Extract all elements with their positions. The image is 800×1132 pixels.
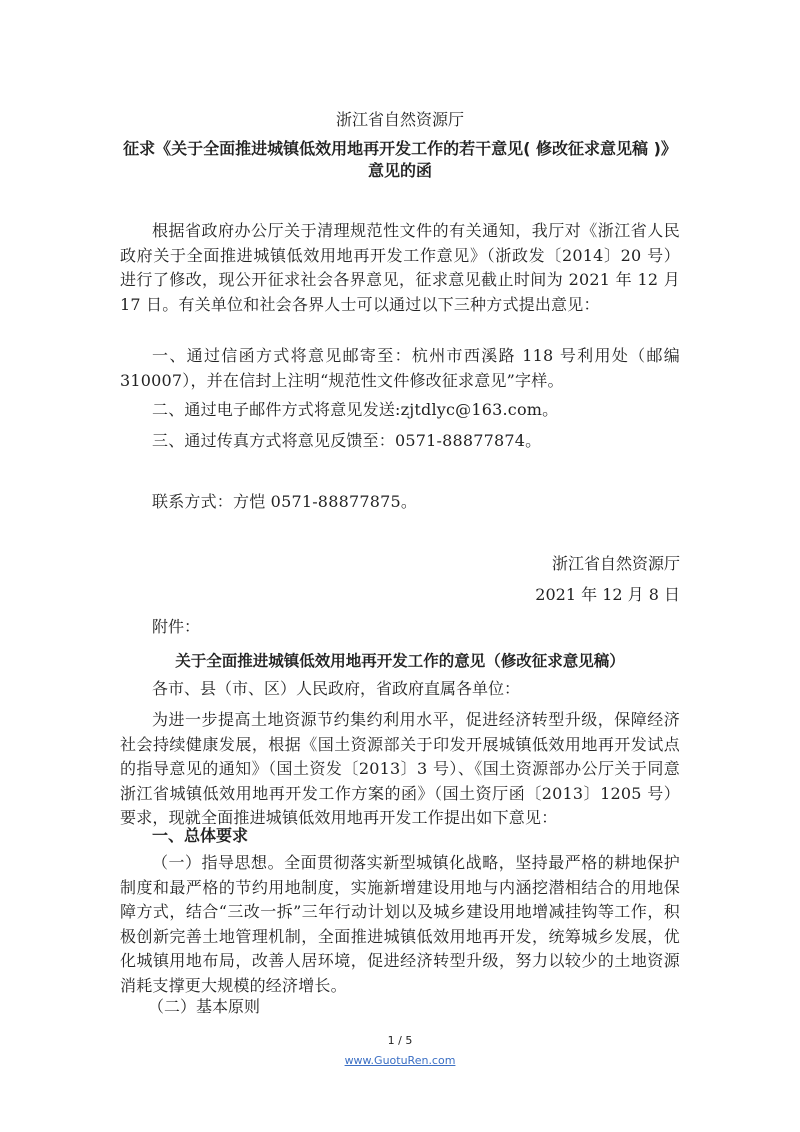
contact-info: 联系方式：方恺 0571-88877875。 (120, 490, 680, 515)
page-title-line1: 征求《关于全面推进城镇低效用地再开发工作的若干意见( 修改征求意见稿 )》 (0, 138, 800, 160)
method-fax: 三、通过传真方式将意见反馈至：0571-88877874。 (120, 429, 680, 454)
page-title-line2: 意见的函 (0, 160, 800, 182)
section1-item2: （二）基本原则 (148, 995, 260, 1019)
page-number: 1 / 5 (0, 1034, 800, 1047)
section1-heading: 一、总体要求 (152, 823, 248, 846)
intro-paragraph: 根据省政府办公厅关于清理规范性文件的有关通知，我厅对《浙江省人民政府关于全面推进… (120, 219, 680, 317)
attachment-preamble: 为进一步提高土地资源节约集约利用水平，促进经济转型升级，保障经济社会持续健康发展… (120, 708, 680, 831)
section1-item1: （一）指导思想。全面贯彻落实新型城镇化战略，坚持最严格的耕地保护制度和最严格的节… (120, 851, 680, 998)
method-email: 二、通过电子邮件方式将意见发送:zjtdlyc@163.com。 (120, 398, 680, 423)
attachment-salutation: 各市、县（市、区）人民政府，省政府直属各单位： (152, 677, 520, 701)
signature-date: 2021 年 12 月 8 日 (535, 583, 680, 607)
method-mail: 一、通过信函方式将意见邮寄至：杭州市西溪路 118 号利用处（邮编 310007… (120, 344, 680, 393)
footer-link[interactable]: www.GuotuRen.com (345, 1054, 456, 1067)
attachment-label: 附件： (152, 615, 200, 639)
signature-org: 浙江省自然资源厅 (552, 552, 680, 576)
footer-link-wrap: www.GuotuRen.com (0, 1049, 800, 1068)
header-org: 浙江省自然资源厅 (0, 108, 800, 132)
attachment-title: 关于全面推进城镇低效用地再开发工作的意见（修改征求意见稿） (0, 649, 800, 671)
